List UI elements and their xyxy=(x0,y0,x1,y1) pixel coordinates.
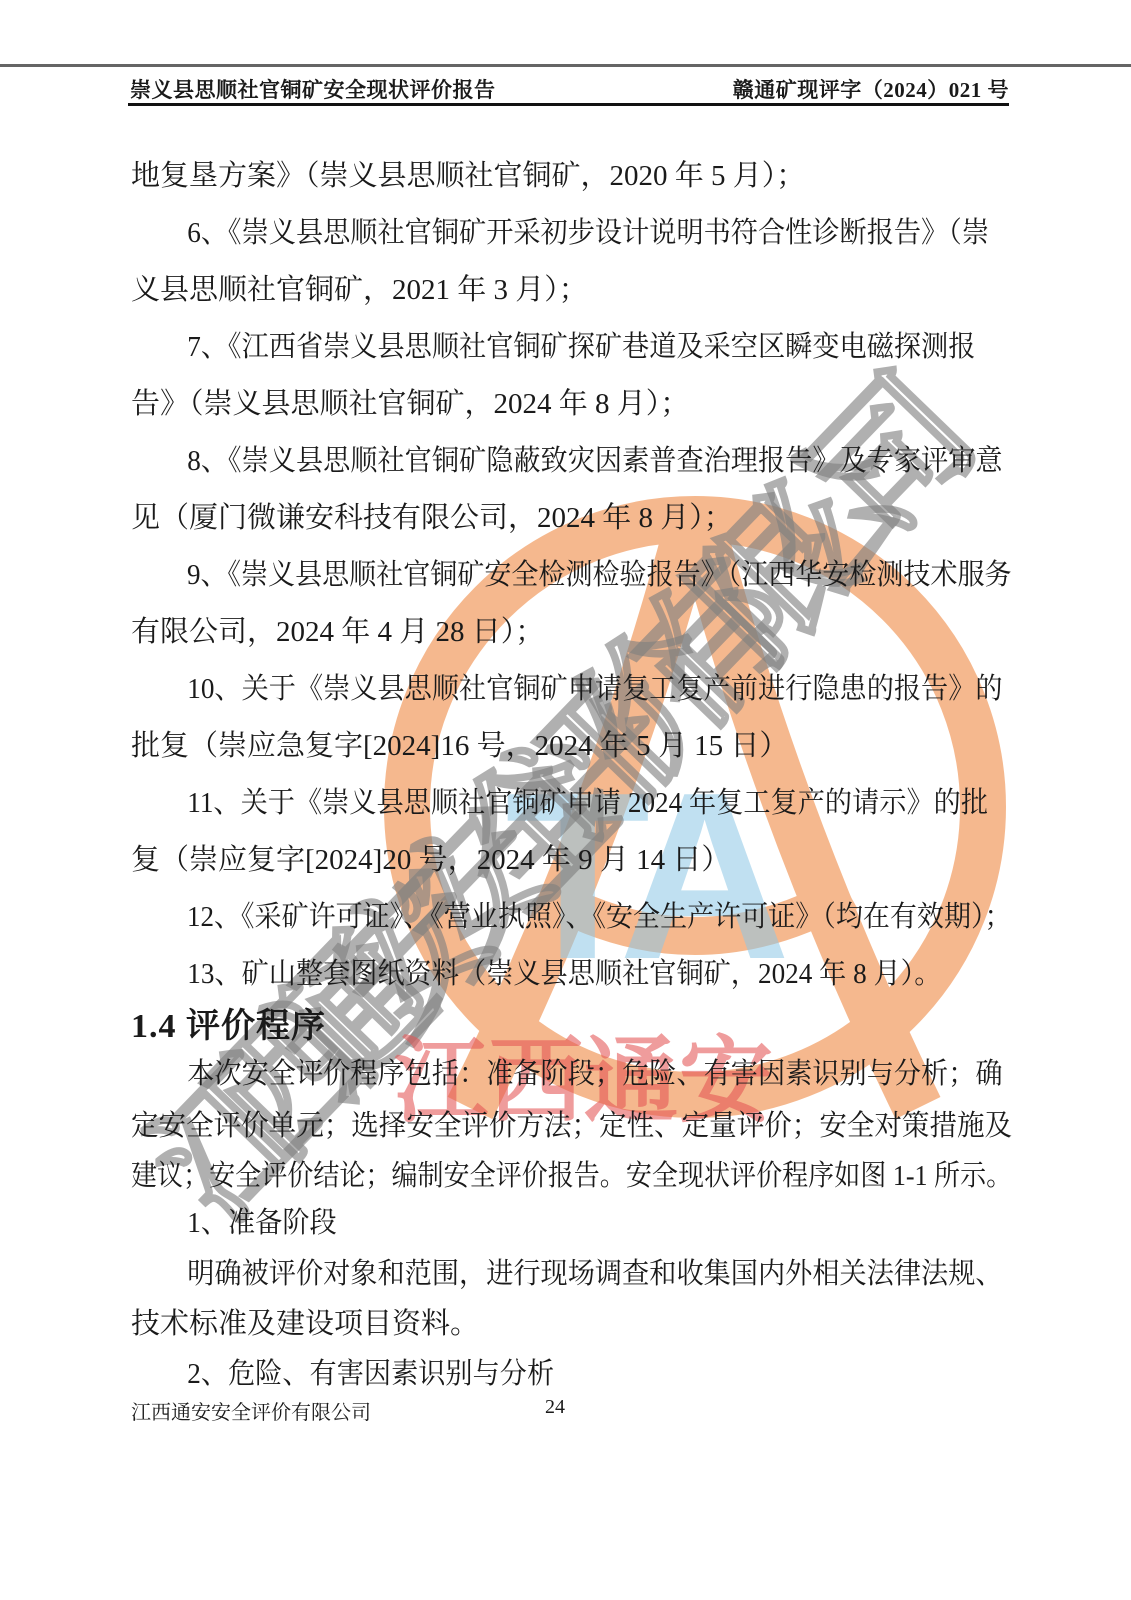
list_lines-line: 义县思顺社官铜矿，2021 年 3 月）； xyxy=(131,270,1011,310)
footer-company: 江西通安安全评价有限公司 xyxy=(131,1396,371,1425)
para_lines-line: 本次安全评价程序包括：准备阶段；危险、有害因素识别与分析；确 xyxy=(131,1054,1012,1094)
tail_lines-line: 1、准备阶段 xyxy=(131,1203,1012,1243)
list_lines-line: 10、关于《崇义县思顺社官铜矿申请复工复产前进行隐患的报告》的 xyxy=(131,669,1012,709)
list_lines-line: 有限公司，2024 年 4 月 28 日）； xyxy=(131,612,1011,652)
para_lines-line: 定安全评价单元；选择安全评价方法；定性、定量评价；安全对策措施及 xyxy=(131,1106,966,1146)
header-doc-number: 赣通矿现评字（2024）021 号 xyxy=(733,74,1009,104)
list_lines-line: 12、《采矿许可证》、《营业执照》、《安全生产许可证》（均在有效期）； xyxy=(131,897,1007,937)
page-number: 24 xyxy=(545,1396,565,1419)
list_lines-line: 地复垦方案》（崇义县思顺社官铜矿，2020 年 5 月）； xyxy=(131,156,1011,196)
section-heading: 1.4 评价程序 xyxy=(131,998,326,1047)
tail_lines-line: 技术标准及建设项目资料。 xyxy=(131,1304,1011,1344)
list_lines-line: 13、矿山整套图纸资料（崇义县思顺社官铜矿，2024 年 8 月）。 xyxy=(131,954,1012,994)
list_lines-line: 见（厦门微谦安科技有限公司，2024 年 8 月）； xyxy=(131,498,1011,538)
list_lines-line: 告》（崇义县思顺社官铜矿，2024 年 8 月）； xyxy=(131,384,1011,424)
list_lines-line: 复（崇应复字[2024]20 号，2024 年 9 月 14 日） xyxy=(131,840,1011,880)
document-page: TA 江西通安安全评价有限公司 江西通安 崇义县思顺社官铜矿安全现状评价报告 赣… xyxy=(0,0,1131,1600)
list_lines-line: 批复（崇应急复字[2024]16 号，2024 年 5 月 15 日） xyxy=(131,726,1011,766)
top-rule xyxy=(0,64,1131,67)
list_lines-line: 9、《崇义县思顺社官铜矿安全检测检验报告》（江西华安检测技术服务 xyxy=(131,555,1007,595)
list_lines-line: 6、《崇义县思顺社官铜矿开采初步设计说明书符合性诊断报告》（崇 xyxy=(131,213,1012,253)
list_lines-line: 11、关于《崇义县思顺社官铜矿申请 2024 年复工复产的请示》的批 xyxy=(131,783,1012,823)
para_lines-line: 建议；安全评价结论；编制安全评价报告。安全现状评价程序如图 1-1 所示。 xyxy=(131,1156,921,1196)
header-rule xyxy=(128,103,1009,106)
list_lines-line: 7、《江西省崇义县思顺社官铜矿探矿巷道及采空区瞬变电磁探测报 xyxy=(131,327,1012,367)
list_lines-line: 8、《崇义县思顺社官铜矿隐蔽致灾因素普查治理报告》及专家评审意 xyxy=(131,441,1012,481)
header-report-title: 崇义县思顺社官铜矿安全现状评价报告 xyxy=(130,74,496,104)
content-layer: 崇义县思顺社官铜矿安全现状评价报告 赣通矿现评字（2024）021 号 地复垦方… xyxy=(0,0,1131,1600)
tail_lines-line: 2、危险、有害因素识别与分析 xyxy=(131,1354,1012,1394)
tail_lines-line: 明确被评价对象和范围，进行现场调查和收集国内外相关法律法规、 xyxy=(131,1254,1012,1294)
